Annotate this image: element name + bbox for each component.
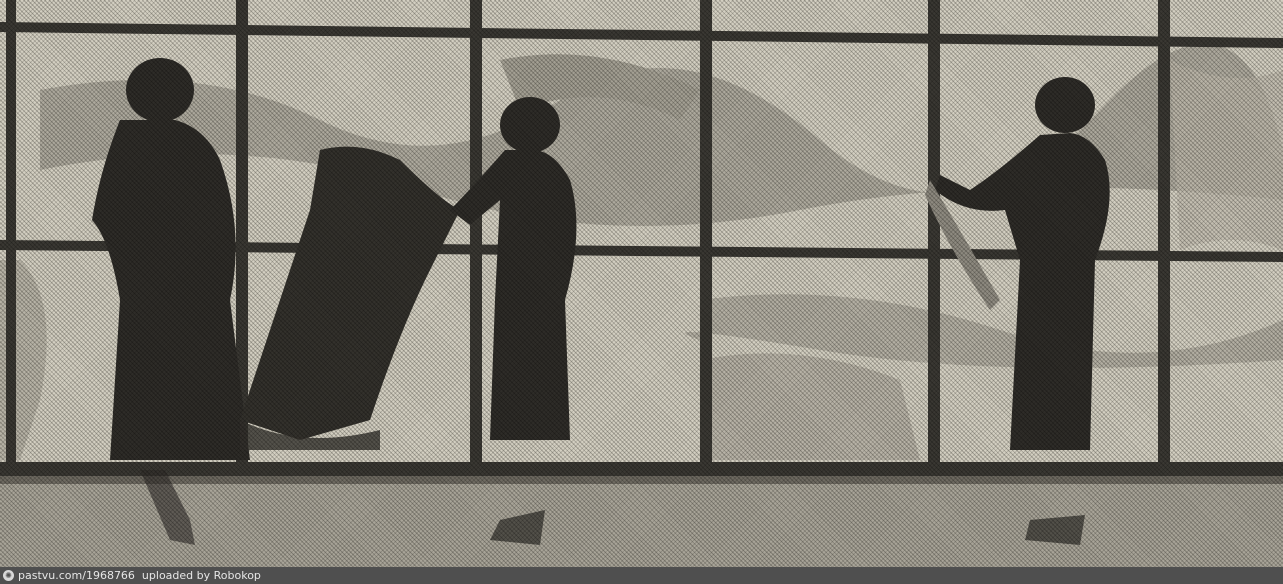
caption-text: pastvu.com/1968766 uploaded by Robokop bbox=[18, 567, 261, 584]
archival-photo bbox=[0, 0, 1283, 567]
camera-aperture-icon: ✺ bbox=[3, 570, 14, 581]
photo-viewer: ✺ pastvu.com/1968766 uploaded by Robokop bbox=[0, 0, 1283, 584]
caption-bar: ✺ pastvu.com/1968766 uploaded by Robokop bbox=[0, 567, 1283, 584]
photo-scene bbox=[0, 0, 1283, 567]
